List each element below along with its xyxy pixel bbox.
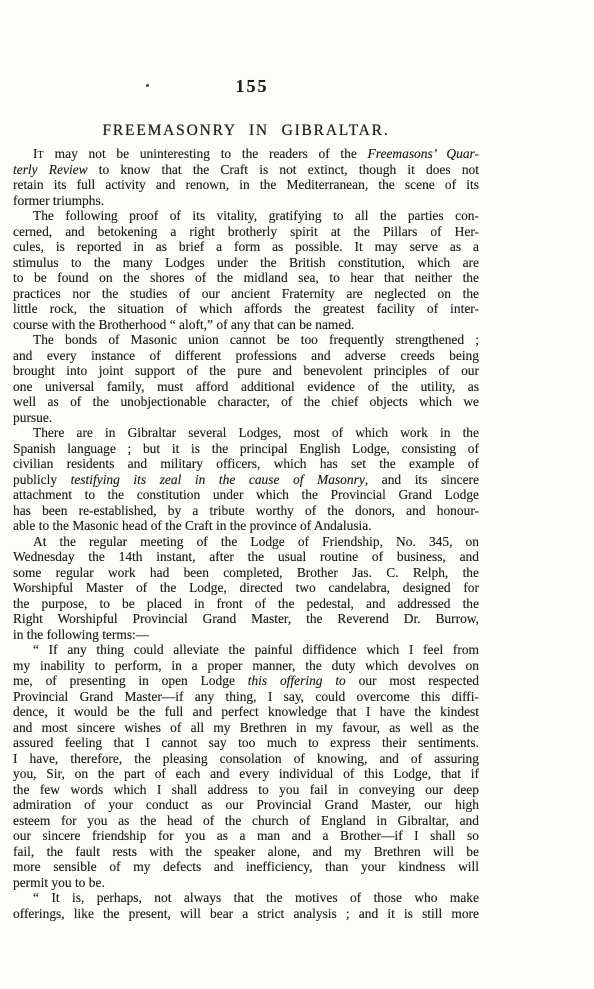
text-line: “ It is, perhaps, not always that the mo…: [13, 890, 479, 906]
text-line: to be found on the shores of the midland…: [13, 270, 479, 286]
text-line: retain its full activity and renown, in …: [13, 177, 479, 193]
article-body: IT may not be uninteresting to the reade…: [13, 146, 479, 921]
paragraph: “ It is, perhaps, not always that the mo…: [13, 890, 479, 921]
text-line: Right Worshipful Provincial Grand Master…: [13, 611, 479, 627]
paragraph: At the regular meeting of the Lodge of F…: [13, 534, 479, 643]
paragraph: The following proof of its vitality, gra…: [13, 208, 479, 332]
text-line: the few words which I shall address to y…: [13, 782, 479, 798]
text-line: in the following terms:—: [13, 627, 479, 643]
text-line: course with the Brotherhood “ aloft,” of…: [13, 317, 479, 333]
text-line: permit you to be.: [13, 875, 479, 891]
scanned-page: 155 FREEMASONRY IN GIBRALTAR. IT may not…: [0, 0, 594, 989]
text-line: cules, is reported in as brief a form as…: [13, 239, 479, 255]
text-line: Spanish language ; but it is the princip…: [13, 441, 479, 457]
text-line: There are in Gibraltar several Lodges, m…: [13, 425, 479, 441]
text-line: our sincere friendship for you as a man …: [13, 828, 479, 844]
text-line: esteem for you as the head of the church…: [13, 813, 479, 829]
text-line: The bonds of Masonic union cannot be too…: [13, 332, 479, 348]
text-line: cerned, and betokening a right brotherly…: [13, 224, 479, 240]
text-line: able to the Masonic head of the Craft in…: [13, 518, 479, 534]
text-line: The following proof of its vitality, gra…: [13, 208, 479, 224]
text-line: offerings, like the present, will bear a…: [13, 906, 479, 922]
text-line: Provincial Grand Master—if any thing, I …: [13, 689, 479, 705]
text-line: has been re-established, by a tribute wo…: [13, 503, 479, 519]
text-line: my inability to perform, in a proper man…: [13, 658, 479, 674]
text-line: civilian residents and military officers…: [13, 456, 479, 472]
text-line: fail, the fault rests with the speaker a…: [13, 844, 479, 860]
text-line: brought into joint support of the pure a…: [13, 363, 479, 379]
text-line: I have, therefore, the pleasing consolat…: [13, 751, 479, 767]
text-line: you, Sir, on the part of each and every …: [13, 766, 479, 782]
text-line: Wednesday the 14th instant, after the us…: [13, 549, 479, 565]
text-line: more sensible of my defects and ineffici…: [13, 859, 479, 875]
text-line: well as of the unobjectionable character…: [13, 394, 479, 410]
paragraph: The bonds of Masonic union cannot be too…: [13, 332, 479, 425]
paragraph: IT may not be uninteresting to the reade…: [13, 146, 479, 208]
text-line: publicly testifying its zeal in the caus…: [13, 472, 479, 488]
text-line: one universal family, must afford additi…: [13, 379, 479, 395]
text-line: and most sincere wishes of all my Brethr…: [13, 720, 479, 736]
text-line: Worshipful Master of the Lodge, directed…: [13, 580, 479, 596]
article-title: FREEMASONRY IN GIBRALTAR.: [13, 122, 479, 140]
text-line: stimulus to the many Lodges under the Br…: [13, 255, 479, 271]
text-line: terly Review to know that the Craft is n…: [13, 162, 479, 178]
text-line: some regular work had been completed, Br…: [13, 565, 479, 581]
ink-speck: [146, 84, 149, 87]
paragraph: There are in Gibraltar several Lodges, m…: [13, 425, 479, 534]
text-line: assured feeling that I cannot say too mu…: [13, 735, 479, 751]
page-number: 155: [13, 76, 491, 97]
text-line: “ If any thing could alleviate the painf…: [13, 642, 479, 658]
text-line: dence, it would be the full and perfect …: [13, 704, 479, 720]
text-line: pursue.: [13, 410, 479, 426]
text-line: the purpose, to be placed in front of th…: [13, 596, 479, 612]
text-line: little rock, the situation of which affo…: [13, 301, 479, 317]
text-line: and every instance of different professi…: [13, 348, 479, 364]
text-line: attachment to the constitution under whi…: [13, 487, 479, 503]
text-line: IT may not be uninteresting to the reade…: [13, 146, 479, 162]
text-line: practices nor the studies of our ancient…: [13, 286, 479, 302]
text-line: former triumphs.: [13, 193, 479, 209]
text-line: me, of presenting in open Lodge this off…: [13, 673, 479, 689]
text-line: admiration of your conduct as our Provin…: [13, 797, 479, 813]
paragraph: “ If any thing could alleviate the painf…: [13, 642, 479, 890]
text-line: At the regular meeting of the Lodge of F…: [13, 534, 479, 550]
